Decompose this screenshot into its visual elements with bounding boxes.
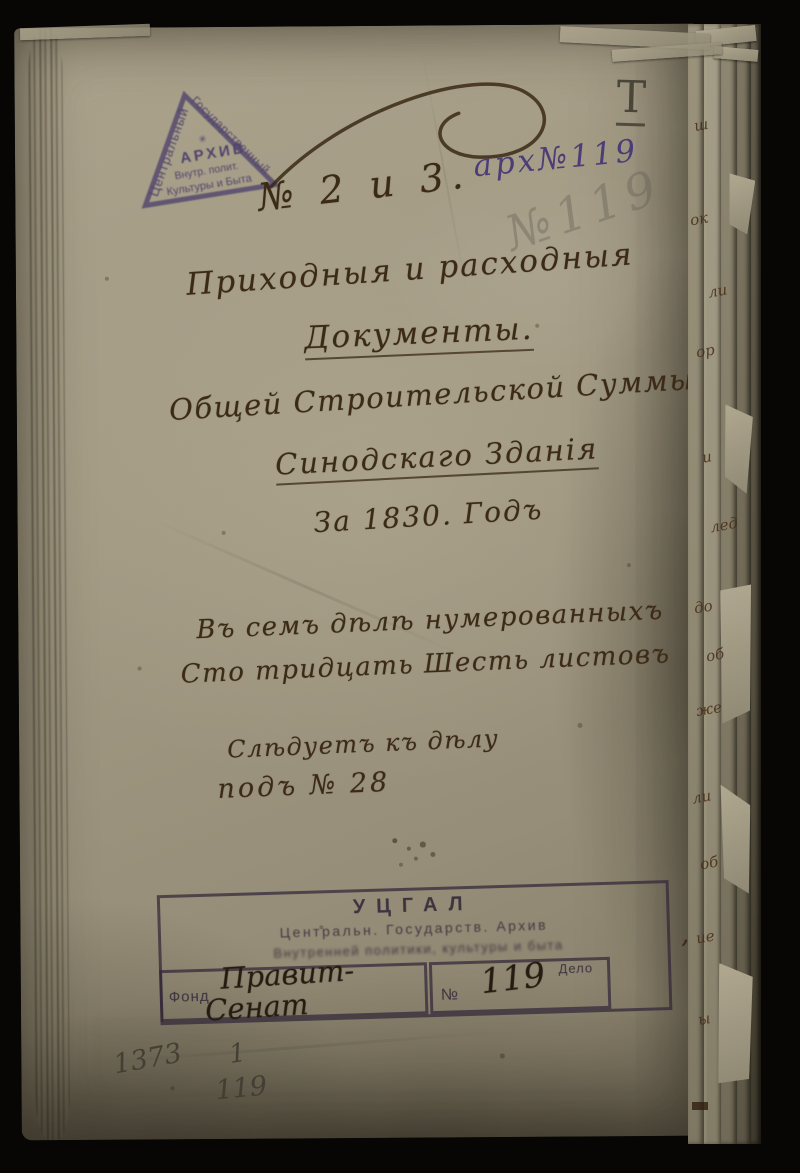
follow-note-line-1: Слѣдуетъ къ дѣлу <box>227 724 500 763</box>
edge-ink-fragment: ш <box>693 115 710 135</box>
archive-stamp: УЦГАЛ Центральн. Государств. Архив Внутр… <box>157 880 673 1025</box>
fond-field: Фонд Правит- Сенат <box>159 962 428 1022</box>
edge-ink-fragment: ок <box>689 209 710 230</box>
title-line-2: Документы. <box>304 311 535 361</box>
edge-ink-fragment: ие <box>695 927 716 948</box>
title-line-3: Общей Строительской Суммы <box>168 362 695 427</box>
folio-count-line-2: Сто тридцать Шесть листовъ <box>180 639 671 689</box>
document-cover: Центральный Государственный ✳ АРХИВ Внут… <box>14 24 702 1141</box>
delo-label: Дело <box>558 960 593 976</box>
triangle-stamp-star: ✳ <box>198 134 208 146</box>
edge-ink-fragment: ли <box>691 786 713 807</box>
delo-value: 119 <box>478 955 547 1002</box>
edge-ink-fragment: до <box>693 597 714 618</box>
archival-photo: { "triangle_stamp": { "side_left": "Цент… <box>0 0 800 1173</box>
spine-stitching <box>28 28 70 1140</box>
title-line-4: Синодскаго Зданія <box>274 431 599 485</box>
torn-edge-flap <box>713 963 755 1085</box>
folio-count-line-1: Въ семъ дѣлѣ нумерованныхъ <box>196 596 664 646</box>
page-edge-stack: ш ок ли ор и лед до об же ли об ие ы <box>688 24 768 1144</box>
ink-specks <box>14 28 16 30</box>
pencil-fraction-top: 1 <box>227 1038 248 1070</box>
edge-ink-fragment: об <box>699 853 720 874</box>
follow-note-line-2: подъ № 28 <box>217 767 391 805</box>
edge-dark-blot <box>692 1102 708 1110</box>
t-pencil-mark: Т <box>616 72 647 127</box>
page-edge-strip <box>704 24 721 1144</box>
archive-stamp-fields-row: Фонд Правит- Сенат Дело № 119 <box>159 957 611 1022</box>
pencil-number-1373: 1373 <box>111 1038 184 1081</box>
page-edge-strip <box>688 24 704 1144</box>
title-line-5: За 1830. Годъ <box>313 493 544 540</box>
fond-value-line-2: Сенат <box>204 987 309 1028</box>
delo-field: Дело № 119 <box>429 957 611 1014</box>
delo-number-label: № <box>441 986 460 1005</box>
title-line-1: Приходныя и расходныя <box>185 236 635 302</box>
edge-ink-fragment: об <box>705 645 726 666</box>
pencil-fraction-bottom: 119 <box>214 1070 268 1106</box>
edge-ink-fragment: ли <box>707 280 729 301</box>
edge-ink-fragment: ор <box>695 341 716 362</box>
